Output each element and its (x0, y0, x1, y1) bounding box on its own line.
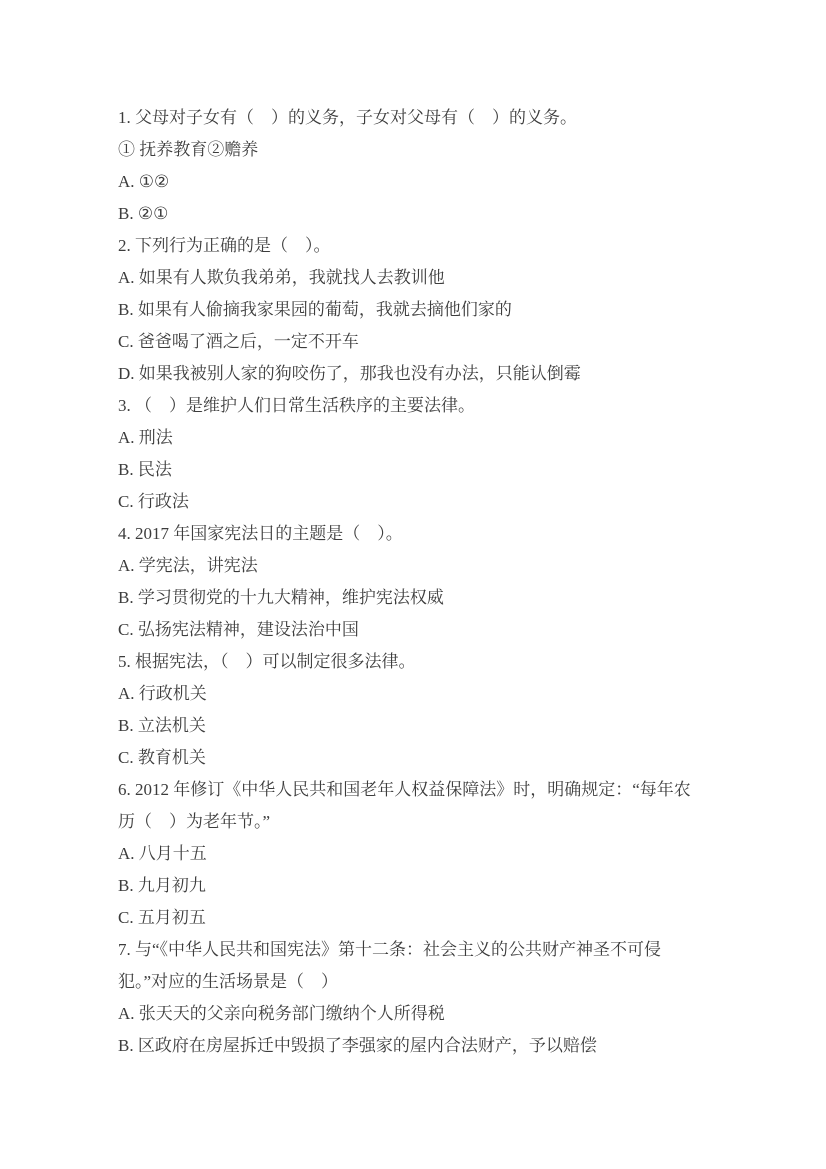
document-page: 1. 父母对子女有（ ）的义务，子女对父母有（ ）的义务。 ① 抚养教育②赡养 … (0, 0, 826, 1169)
question-5: 5. 根据宪法，（ ）可以制定很多法律。 A. 行政机关 B. 立法机关 C. … (118, 646, 718, 774)
option-line: D. 如果我被别人家的狗咬伤了，那我也没有办法，只能认倒霉 (118, 358, 718, 390)
question-stem-continued: 犯。”对应的生活场景是（ ） (118, 966, 718, 998)
option-line: C. 爸爸喝了酒之后，一定不开车 (118, 326, 718, 358)
question-stem: 2. 下列行为正确的是（ ）。 (118, 230, 718, 262)
option-line: C. 五月初五 (118, 902, 718, 934)
question-stem: 5. 根据宪法，（ ）可以制定很多法律。 (118, 646, 718, 678)
option-line: B. ②① (118, 198, 718, 230)
question-2: 2. 下列行为正确的是（ ）。 A. 如果有人欺负我弟弟，我就找人去教训他 B.… (118, 230, 718, 390)
question-7: 7. 与“《中华人民共和国宪法》第十二条：社会主义的公共财产神圣不可侵 犯。”对… (118, 934, 718, 1062)
option-line: B. 立法机关 (118, 710, 718, 742)
question-stem: 4. 2017 年国家宪法日的主题是（ ）。 (118, 518, 718, 550)
option-line: A. 八月十五 (118, 838, 718, 870)
option-line: A. 行政机关 (118, 678, 718, 710)
question-stem: 1. 父母对子女有（ ）的义务，子女对父母有（ ）的义务。 (118, 102, 718, 134)
option-line: A. 如果有人欺负我弟弟，我就找人去教训他 (118, 262, 718, 294)
question-1: 1. 父母对子女有（ ）的义务，子女对父母有（ ）的义务。 ① 抚养教育②赡养 … (118, 102, 718, 230)
option-line: C. 弘扬宪法精神，建设法治中国 (118, 614, 718, 646)
question-stem: 7. 与“《中华人民共和国宪法》第十二条：社会主义的公共财产神圣不可侵 (118, 934, 718, 966)
option-legend-line: ① 抚养教育②赡养 (118, 134, 718, 166)
option-line: B. 九月初九 (118, 870, 718, 902)
option-line: C. 教育机关 (118, 742, 718, 774)
option-line: A. 张天天的父亲向税务部门缴纳个人所得税 (118, 998, 718, 1030)
option-line: C. 行政法 (118, 486, 718, 518)
option-line: B. 如果有人偷摘我家果园的葡萄，我就去摘他们家的 (118, 294, 718, 326)
question-4: 4. 2017 年国家宪法日的主题是（ ）。 A. 学宪法，讲宪法 B. 学习贯… (118, 518, 718, 646)
option-line: A. 学宪法，讲宪法 (118, 550, 718, 582)
option-line: B. 民法 (118, 454, 718, 486)
quiz-content: 1. 父母对子女有（ ）的义务，子女对父母有（ ）的义务。 ① 抚养教育②赡养 … (118, 102, 718, 1062)
option-line: A. 刑法 (118, 422, 718, 454)
option-line: B. 学习贯彻党的十九大精神，维护宪法权威 (118, 582, 718, 614)
question-3: 3. （ ）是维护人们日常生活秩序的主要法律。 A. 刑法 B. 民法 C. 行… (118, 390, 718, 518)
option-line: A. ①② (118, 166, 718, 198)
question-stem-continued: 历（ ）为老年节。” (118, 806, 718, 838)
question-6: 6. 2012 年修订《中华人民共和国老年人权益保障法》时，明确规定：“每年农 … (118, 774, 718, 934)
question-stem: 3. （ ）是维护人们日常生活秩序的主要法律。 (118, 390, 718, 422)
option-line: B. 区政府在房屋拆迁中毁损了李强家的屋内合法财产，予以赔偿 (118, 1030, 718, 1062)
question-stem: 6. 2012 年修订《中华人民共和国老年人权益保障法》时，明确规定：“每年农 (118, 774, 718, 806)
